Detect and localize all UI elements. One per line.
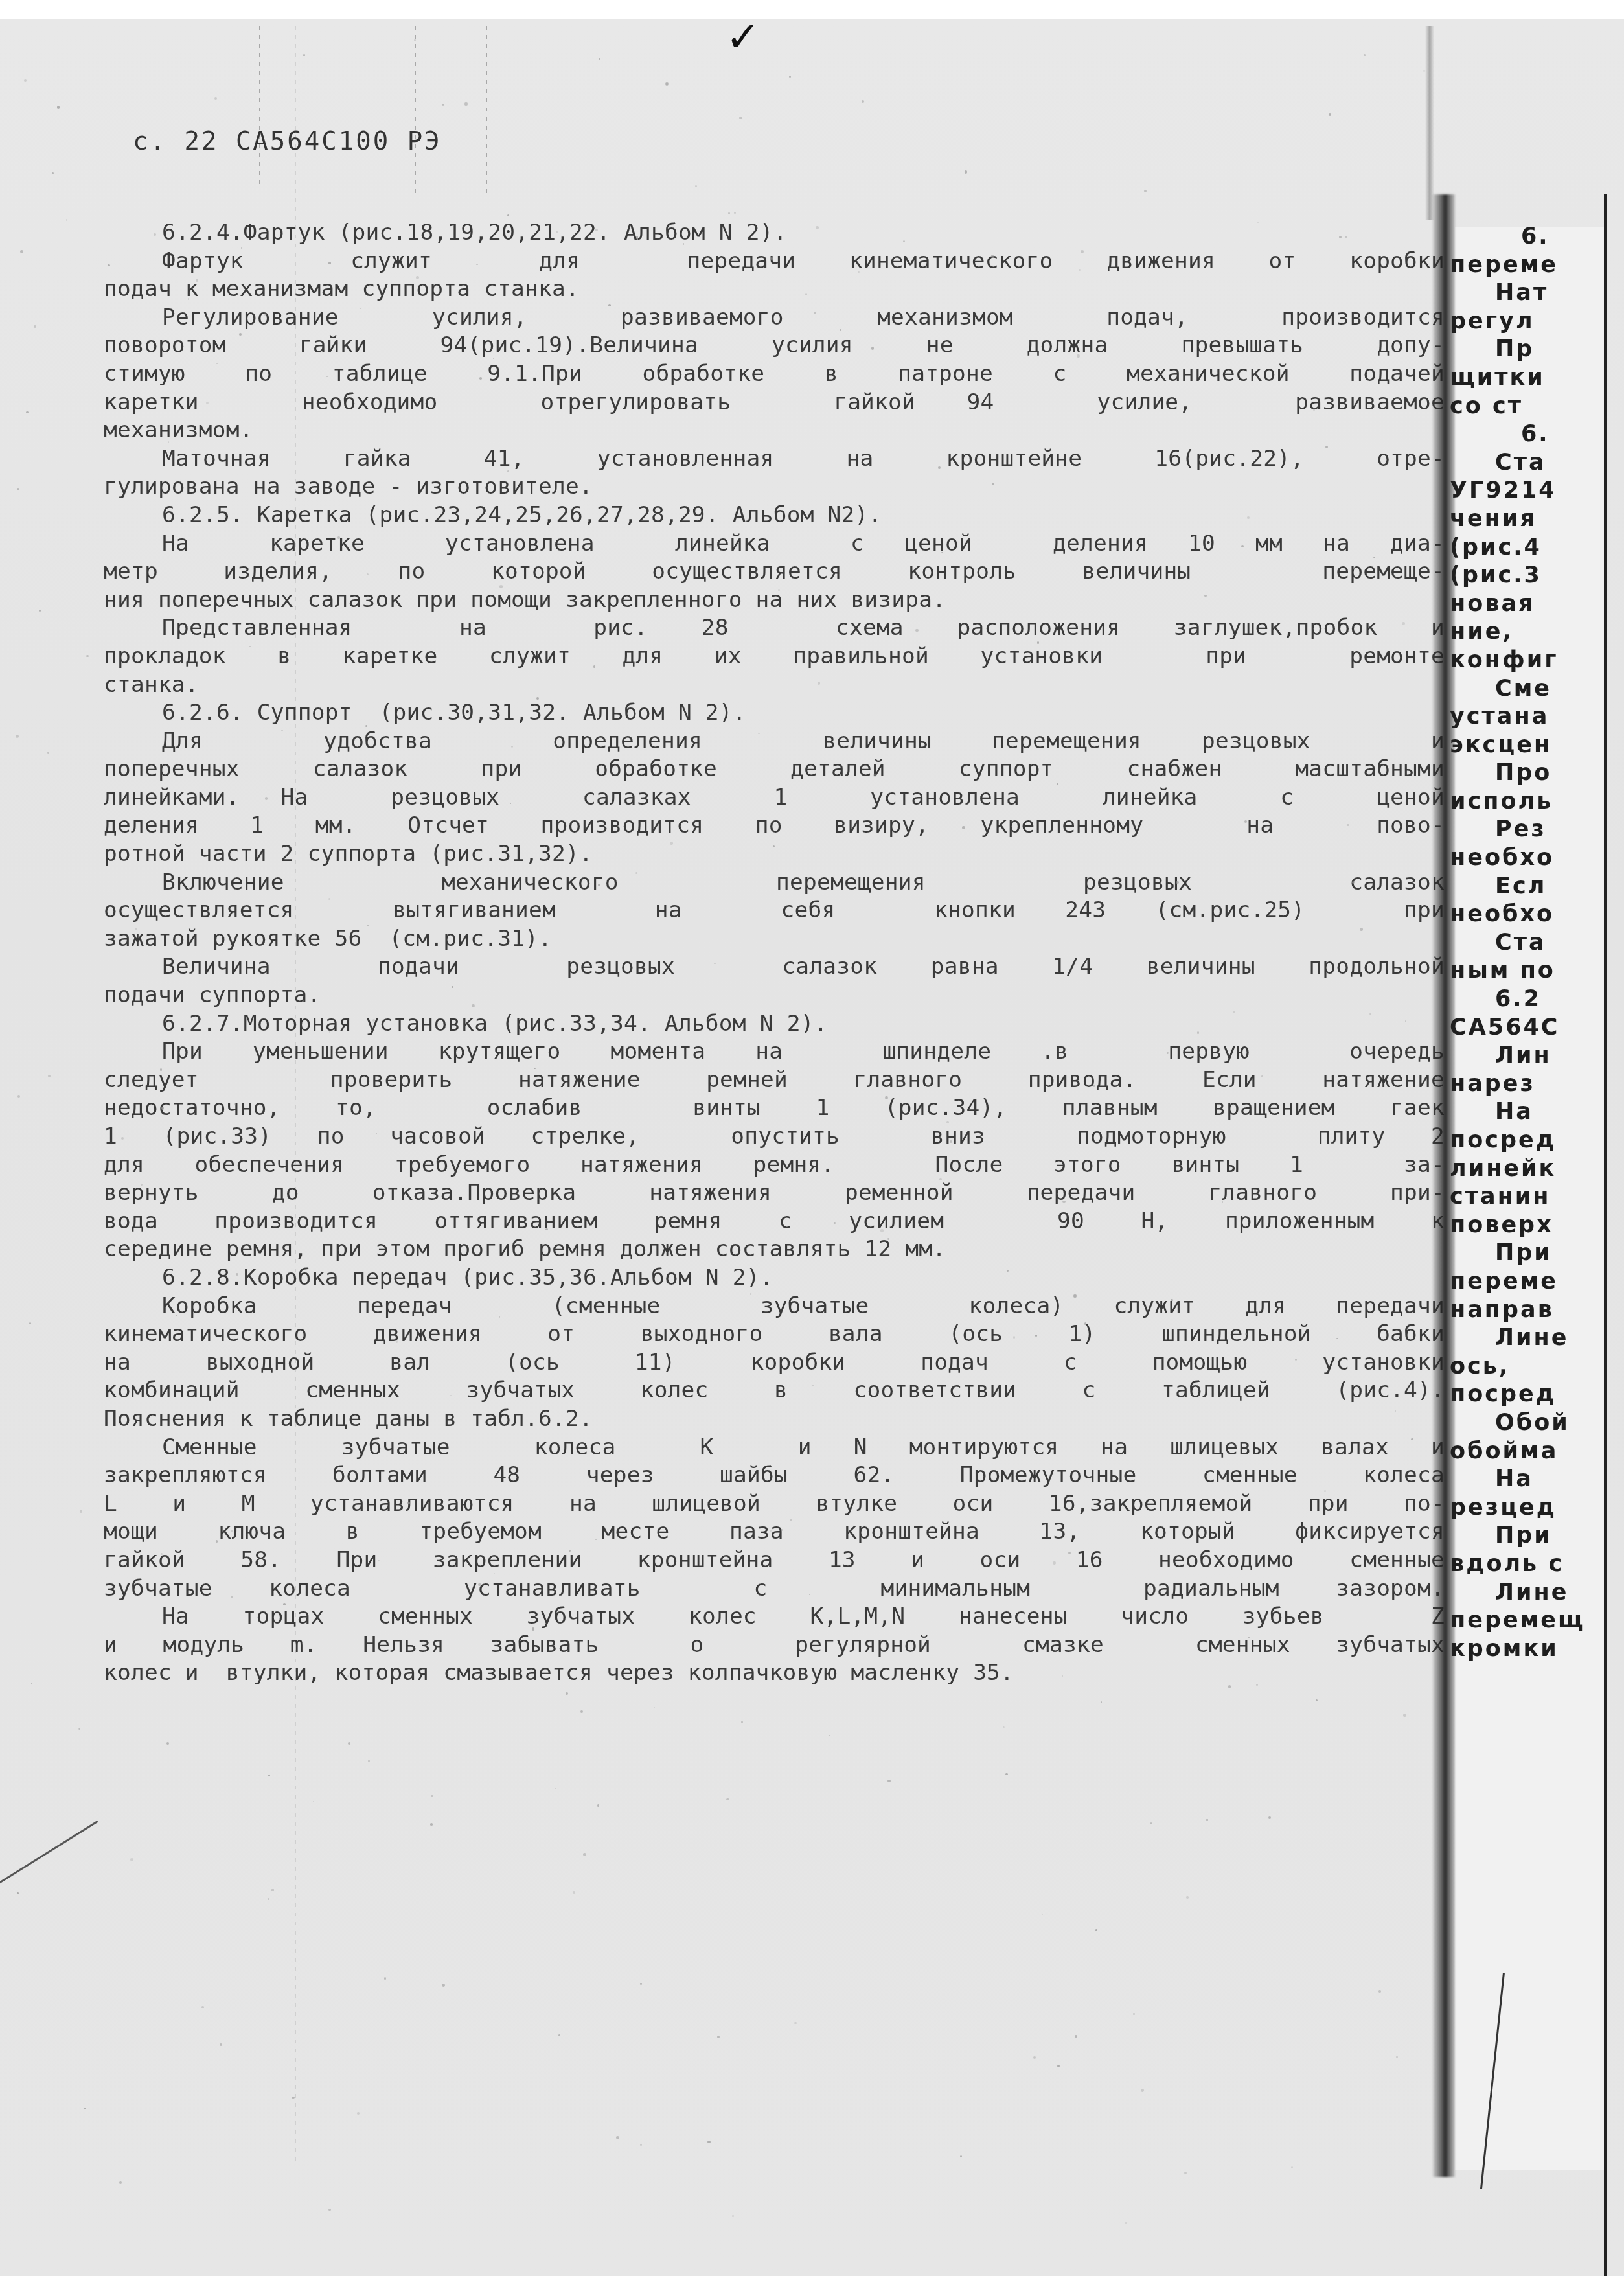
text-line: станка. (104, 671, 1445, 700)
adjacent-text-line: ось, (1450, 1353, 1600, 1381)
scan-noise (734, 212, 736, 214)
scan-noise (479, 377, 482, 380)
scan-noise (818, 682, 821, 685)
adjacent-text-line: 6. (1450, 420, 1600, 449)
scan-noise (1233, 1011, 1235, 1013)
fold-line (486, 26, 487, 194)
adjacent-text-line: ние, (1450, 618, 1600, 647)
text-line: комбинаций сменных зубчатых колес в соот… (104, 1377, 1445, 1405)
scan-noise (80, 1510, 83, 1513)
scan-noise (834, 1222, 835, 1223)
text-line: Пояснения к таблице даны в табл.6.2. (104, 1405, 1445, 1434)
scan-noise (962, 826, 965, 829)
scan-noise (1411, 1438, 1413, 1441)
text-line: вода производится оттягиванием ремня с у… (104, 1208, 1445, 1236)
scan-noise (616, 2136, 619, 2139)
scan-noise (885, 1096, 888, 1099)
scan-noise (1062, 1201, 1065, 1203)
text-line: подачи суппорта. (104, 982, 1445, 1010)
adjacent-page-text: 6.перемеНатрегулПрщиткисо ст6.СтаУГ9214ч… (1450, 223, 1600, 1663)
scan-noise (161, 1107, 165, 1110)
scan-noise (569, 1550, 571, 1552)
adjacent-text-line: Нат (1450, 279, 1600, 308)
adjacent-text-line: 6. (1450, 223, 1600, 251)
scan-noise (1035, 1335, 1036, 1336)
text-line: Представленная на рис. 28 схема располож… (104, 614, 1445, 643)
scan-noise (790, 1519, 792, 1521)
scan-noise (597, 1804, 600, 1807)
text-line: недостаточно, то, ослабив винты 1 (рис.3… (104, 1094, 1445, 1123)
adjacent-text-line: При (1450, 1522, 1600, 1550)
text-line: гулирована на заводе - изготовителе. (104, 473, 1445, 501)
adjacent-text-line: Ста (1450, 929, 1600, 958)
adjacent-text-line: эксцен (1450, 731, 1600, 760)
scan-noise (196, 279, 199, 282)
scan-noise (271, 1889, 274, 1891)
scan-noise (47, 752, 50, 754)
text-line: L и M устанавливаются на шлицевой втулке… (104, 1490, 1445, 1519)
section-heading: 6.2.4.Фартук (рис.18,19,20,21,22. Альбом… (104, 219, 1445, 247)
scan-noise (1256, 1684, 1258, 1686)
text-line: Включение механического перемещения резц… (104, 869, 1445, 897)
scan-noise (1364, 54, 1366, 56)
scan-noise (464, 102, 467, 105)
adjacent-text-line: Про (1450, 759, 1600, 788)
scan-noise (555, 1788, 556, 1789)
adjacent-text-line: кромки (1450, 1635, 1600, 1664)
text-line: гайкой 58. При закреплении кронштейна 13… (104, 1546, 1445, 1575)
scan-noise (234, 1103, 236, 1105)
adjacent-text-line: Ста (1450, 449, 1600, 477)
adjacent-text-line: (рис.3 (1450, 562, 1600, 590)
scan-noise (592, 1074, 594, 1075)
scan-noise (1204, 595, 1207, 597)
scan-noise (281, 730, 282, 731)
scan-noise (1291, 2166, 1294, 2168)
scan-noise (57, 106, 60, 109)
text-line: Сменные зубчатые колеса К и N монтируютс… (104, 1434, 1445, 1462)
scan-noise (268, 1898, 269, 1900)
scan-noise (1275, 544, 1278, 547)
adjacent-text-line: обойма (1450, 1438, 1600, 1466)
scan-noise (1037, 641, 1039, 643)
adjacent-page-edge (1604, 194, 1607, 2276)
scan-noise (965, 170, 967, 173)
scan-noise (794, 2022, 796, 2024)
scan-noise (499, 1316, 500, 1317)
scan-noise (534, 1068, 535, 1069)
section-heading: 6.2.8.Коробка передач (рис.35,36.Альбом … (104, 1264, 1445, 1293)
scan-noise (941, 552, 943, 554)
section-heading: 6.2.5. Каретка (рис.23,24,25,26,27,28,29… (104, 501, 1445, 530)
adjacent-text-line: На (1450, 1466, 1600, 1494)
scan-noise (476, 264, 477, 265)
scan-noise (347, 1675, 349, 1677)
scan-noise (938, 466, 941, 469)
scan-noise (1079, 269, 1081, 271)
scan-noise (130, 1858, 133, 1861)
text-line: На торцах сменных зубчатых колес K,L,M,N… (104, 1603, 1445, 1631)
scan-noise (1325, 446, 1328, 448)
scan-noise (1369, 1013, 1371, 1015)
scan-noise (1077, 354, 1080, 358)
scan-noise (1033, 2056, 1036, 2059)
scan-noise (1176, 881, 1179, 884)
scan-noise (493, 358, 494, 359)
adjacent-text-line: Обой (1450, 1409, 1600, 1438)
adjacent-text-line: посред (1450, 1127, 1600, 1155)
scan-noise (858, 271, 859, 273)
adjacent-text-line: новая (1450, 590, 1600, 619)
text-line: стимую по таблице 9.1.При обработке в па… (104, 360, 1445, 389)
scan-noise (1057, 783, 1058, 785)
scan-noise (1186, 1896, 1189, 1899)
scan-noise (360, 308, 361, 309)
scan-noise (66, 219, 68, 221)
scan-noise (683, 243, 685, 245)
text-line: Коробка передач (сменные зубчатые колеса… (104, 1293, 1445, 1321)
scan-noise (1013, 1336, 1016, 1339)
scan-noise (770, 257, 773, 260)
adjacent-text-line: СА564С (1450, 1014, 1600, 1042)
adjacent-text-line: вдоль с (1450, 1550, 1600, 1579)
scan-noise (431, 1795, 433, 1797)
scan-noise (396, 1340, 398, 1342)
text-line: на выходной вал (ось 11) коробки подач с… (104, 1349, 1445, 1377)
scan-noise (946, 1121, 949, 1124)
adjacent-text-line: необхо (1450, 844, 1600, 873)
text-line: для обеспечения требуемого натяжения рем… (104, 1151, 1445, 1180)
scan-noise (154, 233, 156, 236)
text-line: подач к механизмам суппорта станка. (104, 275, 1445, 304)
scan-noise (593, 665, 596, 668)
scan-noise (1295, 1359, 1297, 1361)
text-line: и модуль m. Нельзя забывать о регулярной… (104, 1631, 1445, 1660)
text-line: следует проверить натяжение ремней главн… (104, 1066, 1445, 1095)
text-line: метр изделия, по которой осуществляется … (104, 558, 1445, 586)
scan-noise (26, 411, 28, 413)
adjacent-text-line: Пр (1450, 336, 1600, 364)
adjacent-text-line: посред (1450, 1381, 1600, 1409)
scan-noise (770, 1530, 772, 1532)
scan-noise (1403, 1714, 1406, 1716)
adjacent-text-line: направ (1450, 1296, 1600, 1325)
scan-noise (499, 585, 503, 588)
scan-noise (812, 1385, 814, 1386)
scan-noise (303, 54, 305, 56)
adjacent-text-line: устана (1450, 703, 1600, 731)
text-line: закрепляются болтами 48 через шайбы 62. … (104, 1462, 1445, 1490)
scan-noise (545, 1228, 547, 1230)
scan-noise (1245, 1333, 1247, 1335)
adjacent-text-line: поверх (1450, 1212, 1600, 1240)
text-line: каретки необходимо отрегулировать гайкой… (104, 389, 1445, 417)
adjacent-text-line: со ст (1450, 393, 1600, 421)
scan-noise (714, 963, 715, 964)
scan-noise (536, 697, 539, 700)
text-line: зажатой рукоятке 56 (см.рис.31). (104, 925, 1445, 954)
text-line: колес и втулки, которая смазывается чере… (104, 1659, 1445, 1688)
scan-noise (580, 1710, 583, 1713)
text-line: При уменьшении крутящего момента на шпин… (104, 1038, 1445, 1066)
scan-noise (814, 312, 816, 314)
scan-noise (805, 293, 807, 295)
adjacent-text-line: ным по (1450, 957, 1600, 985)
scan-noise (1081, 250, 1084, 253)
adjacent-text-line: резцед (1450, 1494, 1600, 1523)
text-line: деления 1 мм. Отсчет производится по виз… (104, 812, 1445, 840)
scan-noise (1353, 568, 1355, 569)
scan-noise (1423, 70, 1425, 72)
main-text-body: 6.2.4.Фартук (рис.18,19,20,21,22. Альбом… (104, 219, 1445, 1688)
scan-noise (608, 304, 611, 306)
scan-noise (583, 1853, 586, 1856)
scan-noise (816, 226, 819, 229)
scan-noise (507, 214, 509, 216)
scan-noise (1197, 1031, 1199, 1033)
adjacent-text-line: переме (1450, 1268, 1600, 1296)
adjacent-text-line: Сме (1450, 675, 1600, 704)
scan-noise (1395, 1410, 1396, 1412)
adjacent-text-line: исполь (1450, 788, 1600, 816)
scan-noise (16, 735, 19, 738)
scan-noise (86, 655, 88, 657)
scan-noise (48, 1075, 51, 1077)
scan-noise (231, 1596, 233, 1598)
scan-noise (108, 264, 109, 266)
adjacent-text-line: перемещ (1450, 1607, 1600, 1635)
text-line: зубчатые колеса устанавливать с минималь… (104, 1575, 1445, 1604)
scan-noise (17, 488, 19, 490)
scan-noise (1133, 2013, 1134, 2014)
text-line: Величина подачи резцовых салазок равна 1… (104, 953, 1445, 982)
scan-noise (220, 2043, 222, 2046)
text-line: На каретке установлена линейка с ценой д… (104, 530, 1445, 558)
scan-noise (670, 842, 673, 845)
scan-noise (34, 325, 36, 328)
scan-noise (511, 746, 513, 748)
fold-line (259, 26, 260, 188)
scan-noise (372, 1019, 375, 1022)
text-line: Маточная гайка 41, установленная на крон… (104, 445, 1445, 474)
scan-noise (1336, 1338, 1338, 1340)
scan-noise (515, 546, 516, 547)
fold-line (415, 26, 416, 194)
scan-noise (915, 629, 918, 632)
scan-noise (328, 262, 331, 264)
scan-noise (357, 2112, 360, 2115)
scan-noise (1345, 236, 1347, 238)
text-line: поворотом гайки 94(рис.19).Величина усил… (104, 332, 1445, 360)
scan-noise (640, 2144, 641, 2145)
adjacent-text-line: переме (1450, 251, 1600, 280)
text-line: Фартук служит для передачи кинематическо… (104, 247, 1445, 276)
page-gutter-shadow (1425, 26, 1434, 220)
adjacent-text-line: станин (1450, 1183, 1600, 1212)
scan-noise (376, 1133, 377, 1134)
section-heading: 6.2.7.Моторная установка (рис.33,34. Аль… (104, 1010, 1445, 1039)
scan-noise (1327, 1443, 1329, 1445)
scan-noise (17, 1892, 19, 1894)
scan-noise (313, 1801, 314, 1802)
scan-noise (20, 250, 23, 253)
scan-noise (695, 185, 697, 187)
scan-noise (707, 2141, 710, 2143)
scan-noise (361, 858, 363, 860)
adjacent-text-line: регул (1450, 308, 1600, 336)
scan-noise (732, 2215, 734, 2217)
adjacent-text-line: конфиг (1450, 647, 1600, 675)
scan-noise (407, 799, 409, 801)
adjacent-text-line: На (1450, 1098, 1600, 1127)
adjacent-text-line: УГ9214 (1450, 477, 1600, 505)
text-line: прокладок в каретке служит для их правил… (104, 643, 1445, 671)
adjacent-text-line: 6.2 (1450, 985, 1600, 1014)
scan-noise (52, 172, 54, 174)
adjacent-text-line: (рис.4 (1450, 534, 1600, 562)
adjacent-text-line: Лине (1450, 1324, 1600, 1353)
scan-noise (1257, 222, 1259, 223)
text-line: ротной части 2 суппорта (рис.31,32). (104, 840, 1445, 869)
text-line: поперечных салазок при обработке деталей… (104, 755, 1445, 784)
adjacent-text-line: Рез (1450, 816, 1600, 844)
scan-noise (1360, 928, 1363, 931)
scan-noise (442, 1984, 445, 1987)
scan-noise (494, 1573, 495, 1574)
text-line: ния поперечных салазок при помощи закреп… (104, 586, 1445, 615)
section-heading: 6.2.6. Суппорт (рис.30,31,32. Альбом N 2… (104, 699, 1445, 728)
adjacent-text-line: При (1450, 1239, 1600, 1268)
scan-noise (1137, 1301, 1139, 1303)
scan-noise (214, 97, 217, 100)
scan-noise (348, 1742, 350, 1745)
scan-noise (265, 797, 268, 799)
scan-noise (1405, 1020, 1407, 1022)
scan-noise (407, 1502, 409, 1504)
scan-noise (595, 229, 597, 231)
scan-noise (991, 255, 994, 257)
scan-noise (168, 441, 169, 443)
scan-noise (1073, 1294, 1077, 1298)
adjacent-text-line: линейк (1450, 1155, 1600, 1184)
text-line: осуществляется вытягиванием на себя кноп… (104, 897, 1445, 925)
scan-noise (1005, 1773, 1007, 1775)
adjacent-text-line: необхо (1450, 901, 1600, 929)
scan-noise (268, 1775, 269, 1776)
scan-noise (1222, 1201, 1224, 1203)
adjacent-text-line: чения (1450, 505, 1600, 534)
text-line: кинематического движения от выходного ва… (104, 1320, 1445, 1349)
scan-noise (887, 1780, 891, 1783)
scan-noise (430, 1823, 433, 1826)
text-line: середине ремня, при этом прогиб ремня до… (104, 1236, 1445, 1264)
scan-noise (119, 2181, 121, 2183)
text-line: механизмом. (104, 417, 1445, 445)
scan-noise (1313, 408, 1315, 410)
scan-noise (452, 986, 453, 987)
adjacent-text-line: нарез (1450, 1070, 1600, 1099)
scan-noise (1141, 2089, 1144, 2092)
text-line: вернуть до отказа.Проверка натяжения рем… (104, 1179, 1445, 1208)
text-line: 1 (рис.33) по часовой стрелке, опустить … (104, 1123, 1445, 1151)
scan-noise (1084, 1322, 1087, 1325)
scan-noise (121, 1137, 124, 1140)
text-line: Для удобства определения величины переме… (104, 728, 1445, 756)
adjacent-text-line: Лине (1450, 1579, 1600, 1607)
scan-noise (781, 1529, 783, 1531)
adjacent-text-line: щитки (1450, 364, 1600, 393)
scan-noise (432, 1453, 433, 1454)
scan-noise (24, 79, 27, 82)
scan-noise (871, 347, 875, 350)
scan-noise (726, 1798, 729, 1801)
scan-noise (84, 2108, 86, 2109)
scan-noise (384, 1977, 387, 1980)
page-header: с. 22 СА564С100 РЭ (133, 127, 442, 156)
text-line: мощи ключа в требуемом месте паза кроншт… (104, 1518, 1445, 1546)
adjacent-text-line: Есл (1450, 873, 1600, 901)
scan-noise (1053, 1561, 1055, 1564)
scan-noise (708, 546, 711, 548)
scan-noise (1075, 2035, 1077, 2038)
scan-noise (337, 536, 339, 538)
scan-noise (201, 2006, 204, 2009)
check-mark-icon: ✓ (726, 18, 764, 57)
scan-noise (880, 1229, 883, 1232)
scan-noise (378, 1560, 379, 1561)
adjacent-text-line: Лин (1450, 1042, 1600, 1070)
text-line: Регулирование усилия, развиваемого механ… (104, 304, 1445, 332)
scan-noise (1378, 1990, 1380, 1992)
text-line: линейками. На резцовых салазках 1 устано… (104, 784, 1445, 812)
